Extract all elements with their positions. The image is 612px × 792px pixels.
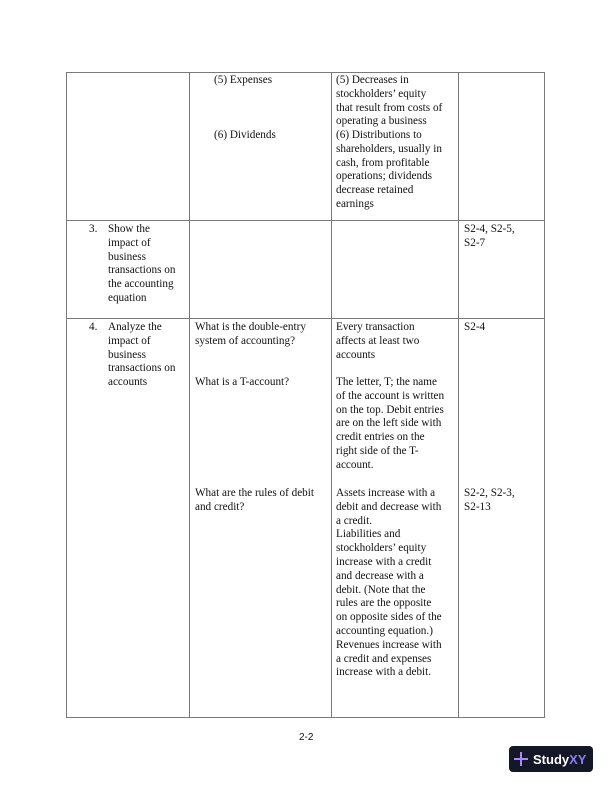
term-dividends: (6) Dividends [214, 129, 276, 143]
objective-text: Show the impact of business transactions… [108, 223, 175, 306]
exercise-refs: S2-4 [464, 321, 485, 335]
row-divider [67, 220, 544, 221]
term-expenses: (5) Expenses [214, 74, 272, 88]
answer-double-entry: Every transaction affects at least two a… [336, 321, 419, 362]
plus-icon [514, 752, 528, 766]
question-double-entry: What is the double-entry system of accou… [195, 321, 306, 349]
definition-expenses: (5) Decreases in stockholders’ equity th… [336, 74, 442, 129]
document-page: (5) Expenses (6) Dividends (5) Decreases… [0, 0, 612, 792]
objective-number: 3. [89, 223, 97, 237]
answer-t-account: The letter, T; the name of the account i… [336, 376, 444, 473]
column-divider [458, 73, 459, 717]
column-divider [331, 73, 332, 717]
row-divider [67, 318, 544, 319]
exercise-refs: S2-2, S2-3, S2-13 [464, 487, 515, 515]
objective-number: 4. [89, 321, 97, 335]
badge-text-accent: XY [569, 752, 586, 767]
learning-objectives-table [66, 72, 545, 718]
question-debit-credit: What are the rules of debit and credit? [195, 487, 314, 515]
page-number: 2-2 [299, 732, 313, 743]
definition-dividends: (6) Distributions to shareholders, usual… [336, 129, 442, 212]
column-divider [189, 73, 190, 717]
question-t-account: What is a T-account? [195, 376, 289, 390]
answer-debit-credit: Assets increase with a debit and decreas… [336, 487, 442, 680]
studyxy-badge[interactable]: StudyXY [509, 746, 593, 772]
badge-text-main: Study [533, 752, 569, 767]
exercise-refs: S2-4, S2-5, S2-7 [464, 223, 515, 251]
objective-text: Analyze the impact of business transacti… [108, 321, 175, 390]
